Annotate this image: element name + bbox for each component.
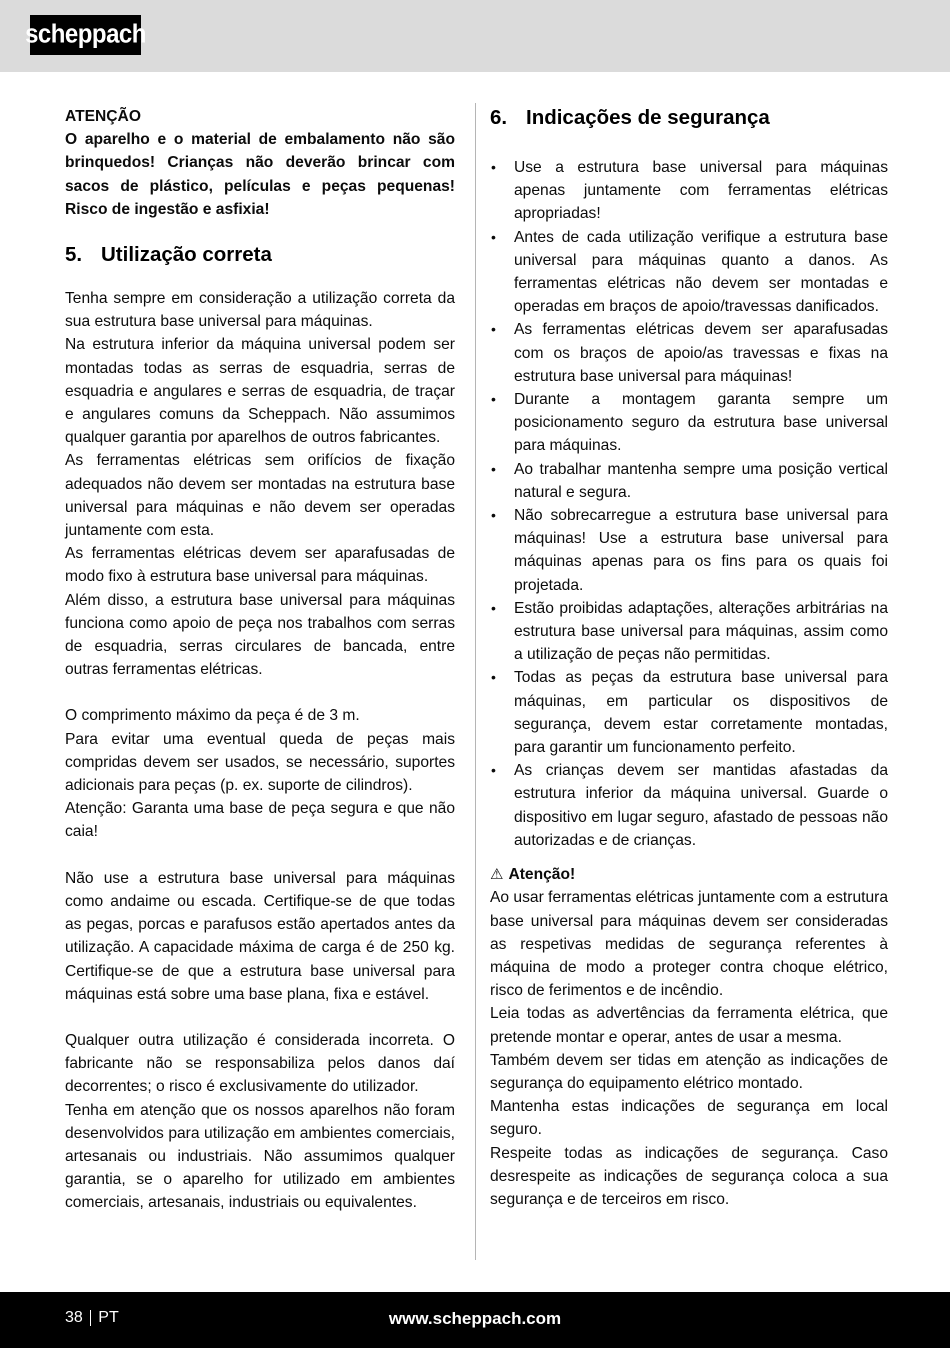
safety-bullet: Antes de cada utilização verifique a est… bbox=[490, 226, 888, 319]
footer-bar: 38 PT www.scheppach.com bbox=[0, 1292, 950, 1348]
section-5-number: 5. bbox=[65, 242, 101, 268]
safety-bullet: Estão proibidas adaptações, alterações a… bbox=[490, 597, 888, 667]
warning-title: ATENÇÃO bbox=[65, 105, 455, 128]
section-6-number: 6. bbox=[490, 105, 526, 131]
paragraph: Para evitar uma eventual queda de peças … bbox=[65, 728, 455, 798]
paragraph: Atenção: Garanta uma base de peça segura… bbox=[65, 797, 455, 843]
safety-bullet: Use a estrutura base universal para máqu… bbox=[490, 156, 888, 226]
paragraph: Também devem ser tidas em atenção as ind… bbox=[490, 1049, 888, 1095]
scheppach-logo: scheppach bbox=[30, 15, 141, 55]
warning-triangle-icon: ⚠ bbox=[490, 865, 503, 883]
warning-body: O aparelho e o material de embalamento n… bbox=[65, 128, 455, 221]
paragraph: O comprimento máximo da peça é de 3 m. bbox=[65, 704, 455, 727]
column-divider bbox=[475, 103, 476, 1260]
section-5-heading: 5.Utilização correta bbox=[65, 242, 455, 268]
paragraph: Tenha sempre em consideração a utilizaçã… bbox=[65, 287, 455, 333]
paragraph: Não use a estrutura base universal para … bbox=[65, 867, 455, 1006]
attention-heading: ⚠Atenção! bbox=[490, 863, 888, 886]
paragraph: Leia todas as advertências da ferramenta… bbox=[490, 1002, 888, 1048]
paragraph: Respeite todas as indicações de seguranç… bbox=[490, 1142, 888, 1212]
paragraph: Além disso, a estrutura base universal p… bbox=[65, 589, 455, 682]
footer-website: www.scheppach.com bbox=[0, 1309, 950, 1329]
safety-bullet: Todas as peças da estrutura base univers… bbox=[490, 666, 888, 759]
section-6-heading: 6.Indicações de segurança bbox=[490, 105, 888, 131]
attention-block: ⚠Atenção! Ao usar ferramentas elétricas … bbox=[490, 863, 888, 1211]
safety-bullet: Durante a montagem garanta sempre um pos… bbox=[490, 388, 888, 458]
safety-bullet: Ao trabalhar mantenha sempre uma posição… bbox=[490, 458, 888, 504]
safety-bullet-list: Use a estrutura base universal para máqu… bbox=[490, 156, 888, 852]
paragraph: As ferramentas elétricas sem orifícios d… bbox=[65, 449, 455, 542]
safety-bullet: As ferramentas elétricas devem ser apara… bbox=[490, 318, 888, 388]
paragraph: Ao usar ferramentas elétricas juntamente… bbox=[490, 886, 888, 1002]
left-column: ATENÇÃO O aparelho e o material de embal… bbox=[65, 105, 455, 1215]
paragraph: Qualquer outra utilização é considerada … bbox=[65, 1029, 455, 1099]
paragraph: As ferramentas elétricas devem ser apara… bbox=[65, 542, 455, 588]
manual-page: { "header": { "logo_text": "scheppach" }… bbox=[0, 0, 950, 1348]
header-band: scheppach bbox=[0, 0, 950, 72]
section-5-title: Utilização correta bbox=[101, 243, 272, 266]
paragraph: Tenha em atenção que os nossos aparelhos… bbox=[65, 1099, 455, 1215]
safety-bullet: Não sobrecarregue a estrutura base unive… bbox=[490, 504, 888, 597]
safety-bullet: As crianças devem ser mantidas afastadas… bbox=[490, 759, 888, 852]
section-6-title: Indicações de segurança bbox=[526, 106, 770, 129]
right-column: 6.Indicações de segurança Use a estrutur… bbox=[490, 105, 888, 1211]
paragraph: Na estrutura inferior da máquina univers… bbox=[65, 333, 455, 449]
paragraph: Mantenha estas indicações de segurança e… bbox=[490, 1095, 888, 1141]
scheppach-logo-text: scheppach bbox=[25, 20, 146, 50]
warning-block: ATENÇÃO O aparelho e o material de embal… bbox=[65, 105, 455, 221]
attention-title: Atenção! bbox=[508, 866, 575, 883]
